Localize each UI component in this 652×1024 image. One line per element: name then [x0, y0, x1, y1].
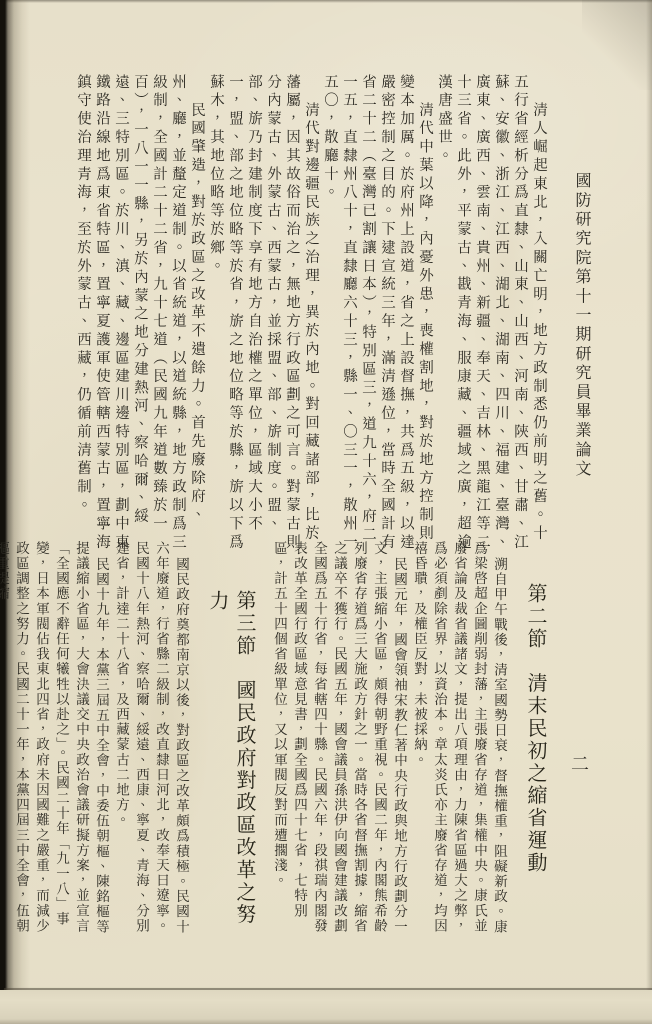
page-right-edge-shadow — [646, 0, 652, 1024]
paragraph-qing-provinces: 清人崛起東北，入關亡明，地方政制悉仍前明之舊。十五行省經析分爲直隸、山東、山西、… — [434, 74, 548, 554]
page-corner-shade — [582, 0, 652, 90]
section-heading-3: 第三節 國民政府對政區改革之努力 — [203, 541, 257, 935]
paragraph-early-republic-reform: 民國肇造，對於政區之改革不遺餘力。首先廢除府、州、廳，並釐定道制。以省統道，以道… — [73, 74, 206, 554]
page-top-edge-shadow — [0, 0, 652, 3]
page-number: 二 — [566, 754, 592, 772]
paragraph-party-plenum-proposals: 民國十九年，本黨三屆五中全會，中委伍朝樞、陳銘樞等提議縮小省區，大會決議交中央政… — [0, 541, 111, 935]
top-text-block: 清人崛起東北，入關亡明，地方政制悉仍前明之舊。十五行省經析分爲直隸、山東、山西、… — [73, 74, 548, 554]
section-heading-2: 第二節 清末民初之縮省運動 — [521, 541, 548, 935]
paragraph-late-qing-province-abolition: 溯自甲午戰後，清室國勢日衰，督撫權重，阻礙新政。康爲梁啓超企圖削弱封藩，主張廢省… — [409, 541, 509, 935]
paragraph-nationalist-government-reform: 國民政府奠都南京以後，對政區之改革頗爲積極。民國十六年廢道，行省縣二級制，改直隸… — [111, 541, 191, 935]
paragraph-qing-local-control: 清代中葉以降，內憂外患，喪權割地，對於地方控制則變本加厲。於府州上設道，省之上設… — [320, 74, 434, 554]
bottom-text-block: 第二節 清末民初之縮省運動 溯自甲午戰後，清室國勢日衰，督撫權重，阻礙新政。康爲… — [0, 541, 560, 935]
page-bottom-strip — [0, 990, 652, 1024]
paragraph-frontier-governance: 清代對邊疆民族之治理，異於內地。對回藏諸部，比於藩屬，因其故俗而治之，無地方行政… — [206, 74, 320, 554]
thesis-series-title: 國防研究院第十一期研究員畢業論文 — [568, 172, 594, 502]
scanned-thesis-page: { "document": { "series_title": "國防研究院第十… — [0, 0, 652, 1024]
paragraph-republic-province-reduction: 民國元年，國會領袖宋教仁著中央行政與地方行政劃分一文，主張縮小省區，頗得朝野重視… — [269, 541, 409, 935]
